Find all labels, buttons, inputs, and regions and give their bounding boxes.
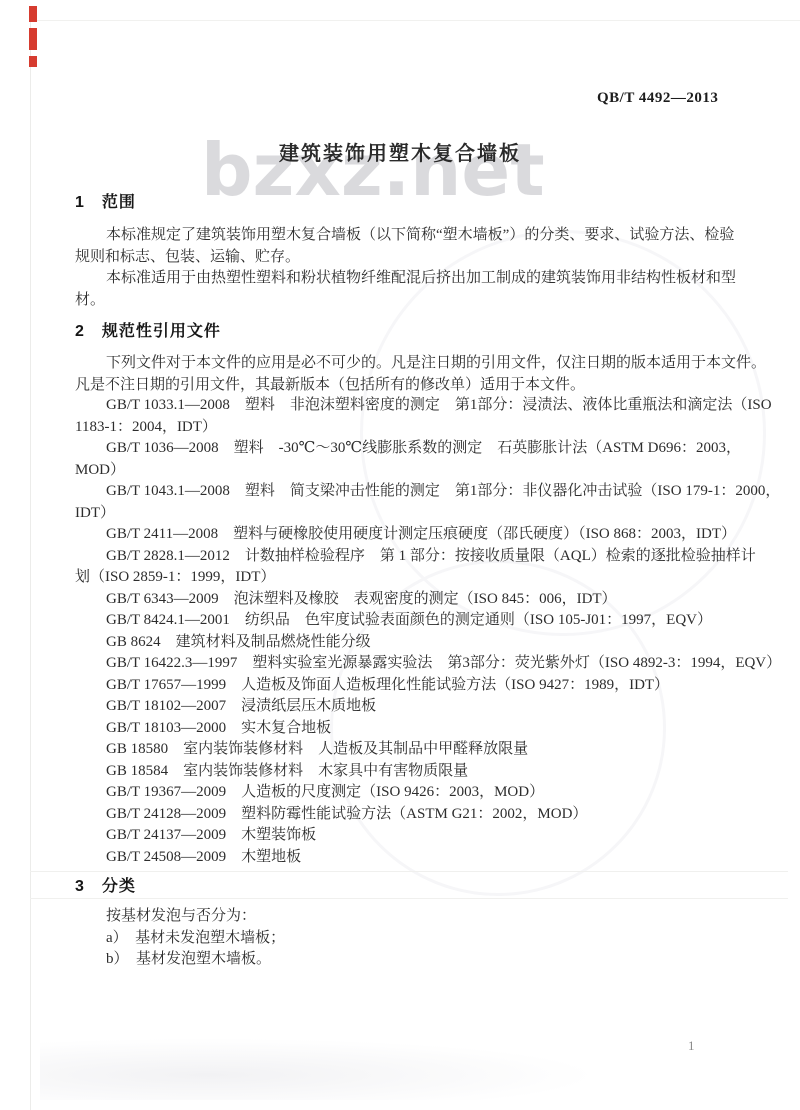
page-top-edge (30, 20, 800, 21)
intro-text-line: 下列文件对于本文件的应用是必不可少的。凡是注日期的引用文件，仅注日期的版本适用于… (75, 353, 747, 375)
reference-line: GB/T 19367—2009 人造板的尺度测定（ISO 9426：2003，M… (75, 782, 747, 804)
reference-line: GB/T 24128—2009 塑料防霉性能试验方法（ASTM G21：2002… (75, 804, 747, 826)
reference-line: GB 8624 建筑材料及制品燃烧性能分级 (75, 632, 747, 654)
reference-line: GB/T 1033.1—2008 塑料 非泡沫塑料密度的测定 第1部分：浸渍法、… (75, 395, 747, 417)
reference-line: 1183-1：2004，IDT） (75, 417, 747, 439)
reference-line: GB/T 8424.1—2001 纺织品 色牢度试验表面颜色的测定通则（ISO … (75, 610, 747, 632)
section-heading-scope: 1 范围 (75, 194, 747, 212)
reference-line: GB/T 6343—2009 泡沫塑料及橡胶 表观密度的测定（ISO 845：0… (75, 589, 747, 611)
reference-line: IDT） (75, 503, 747, 525)
reference-line: GB/T 1036—2008 塑料 -30℃～30℃线膨胀系数的测定 石英膨胀计… (75, 438, 747, 460)
reference-line: 划（ISO 2859-1：1999，IDT） (75, 567, 747, 589)
faint-scan-line (30, 898, 788, 899)
scope-text-line: 材。 (75, 290, 747, 312)
classification-line: 按基材发泡与否分为： (75, 906, 747, 928)
classification-list: 按基材发泡与否分为：a） 基材未发泡塑木墙板；b） 基材发泡塑木墙板。 (75, 906, 747, 971)
reference-line: GB 18580 室内装饰装修材料 人造板及其制品中甲醛释放限量 (75, 739, 747, 761)
scan-noise-blob (40, 1038, 600, 1100)
page-number: 1 (688, 1038, 695, 1054)
scope-text-line: 本标准适用于由热塑性塑料和粉状植物纤维配混后挤出加工制成的建筑装饰用非结构性板材… (75, 268, 747, 290)
reference-line: GB/T 17657—1999 人造板及饰面人造板理化性能试验方法（ISO 94… (75, 675, 747, 697)
reference-line: GB/T 2411—2008 塑料与硬橡胶使用硬度计测定压痕硬度（邵氏硬度）（I… (75, 524, 747, 546)
red-edge-marks (29, 6, 37, 73)
reference-line: GB/T 2828.1—2012 计数抽样检验程序 第 1 部分：按接收质量限（… (75, 546, 747, 568)
reference-line: GB 18584 室内装饰装修材料 木家具中有害物质限量 (75, 761, 747, 783)
scope-paragraphs: 本标准规定了建筑装饰用塑木复合墙板（以下简称“塑木墙板”）的分类、要求、试验方法… (75, 225, 747, 311)
scope-text-line: 规则和标志、包装、运输、贮存。 (75, 247, 747, 269)
normative-intro-paragraph: 下列文件对于本文件的应用是必不可少的。凡是注日期的引用文件，仅注日期的版本适用于… (75, 353, 747, 396)
faint-scan-line (30, 871, 788, 872)
classification-line: b） 基材发泡塑木墙板。 (75, 949, 747, 971)
red-dash (29, 6, 37, 22)
red-dash (29, 56, 37, 67)
reference-line: MOD） (75, 460, 747, 482)
reference-line: GB/T 24508—2009 木塑地板 (75, 847, 747, 869)
page-left-edge (30, 20, 31, 1110)
classification-line: a） 基材未发泡塑木墙板； (75, 928, 747, 950)
reference-line: GB/T 24137—2009 木塑装饰板 (75, 825, 747, 847)
section-heading-normative-references: 2 规范性引用文件 (75, 323, 747, 341)
standard-number: QB/T 4492—2013 (597, 90, 718, 107)
section-heading-classification: 3 分类 (75, 878, 747, 896)
reference-line: GB/T 1043.1—2008 塑料 简支梁冲击性能的测定 第1部分：非仪器化… (75, 481, 747, 503)
document-title: 建筑装饰用塑木复合墙板 (0, 137, 800, 166)
reference-line: GB/T 18103—2000 实木复合地板 (75, 718, 747, 740)
scope-text-line: 本标准规定了建筑装饰用塑木复合墙板（以下简称“塑木墙板”）的分类、要求、试验方法… (75, 225, 747, 247)
intro-text-line: 凡是不注日期的引用文件，其最新版本（包括所有的修改单）适用于本文件。 (75, 375, 747, 397)
reference-line: GB/T 18102—2007 浸渍纸层压木质地板 (75, 696, 747, 718)
reference-line: GB/T 16422.3—1997 塑料实验室光源暴露实验法 第3部分：荧光紫外… (75, 653, 747, 675)
normative-reference-list: GB/T 1033.1—2008 塑料 非泡沫塑料密度的测定 第1部分：浸渍法、… (75, 395, 747, 868)
red-dash (29, 28, 37, 50)
